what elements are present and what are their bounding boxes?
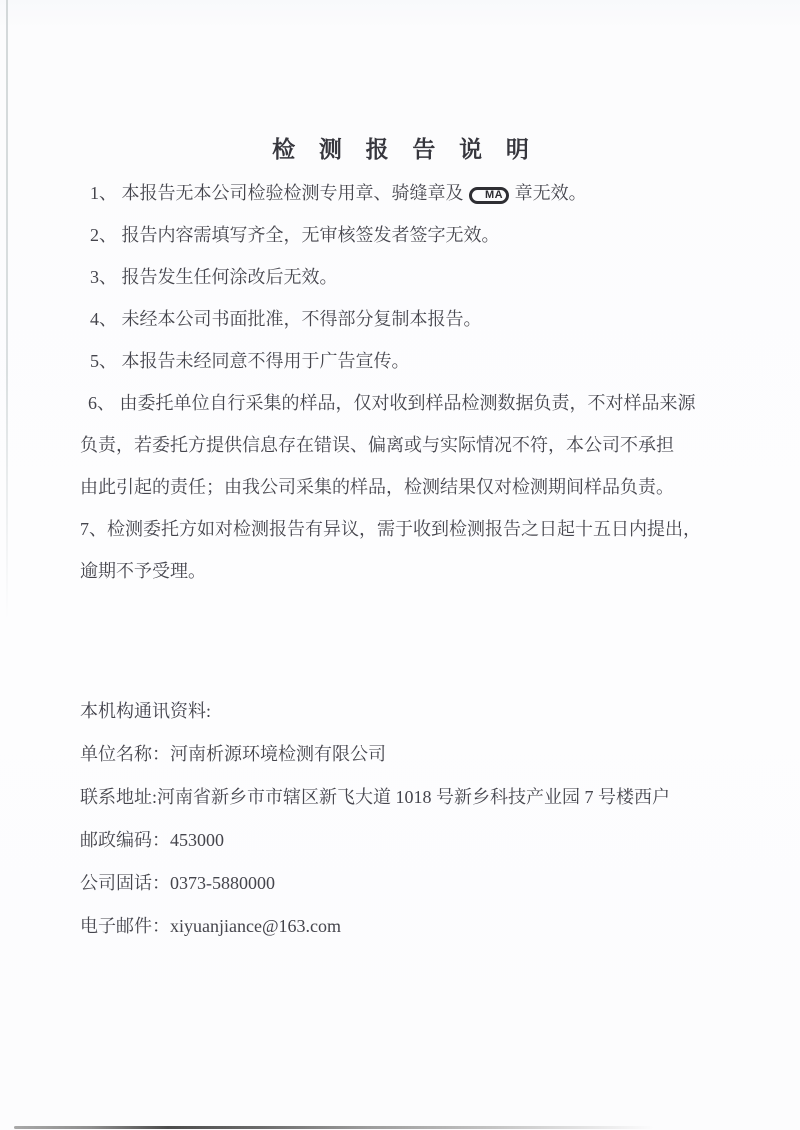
note-item-1: 1、 本报告无本公司检验检测专用章、骑缝章及 MA 章无效。 [80, 172, 728, 214]
note-item-5: 5、 本报告未经同意不得用于广告宣传。 [80, 340, 728, 382]
contact-heading: 本机构通讯资料: [80, 690, 760, 733]
contact-row-address: 联系地址:河南省新乡市市辖区新飞大道 1018 号新乡科技产业园 7 号楼西户 [80, 776, 760, 819]
note-1-number: 1、 [90, 183, 122, 203]
contact-value: 0373-5880000 [170, 873, 275, 893]
note-item-6: 6、 由委托单位自行采集的样品，仅对收到样品检测数据负责，不对样品来源 负责，若… [80, 382, 728, 508]
contact-row-postcode: 邮政编码：453000 [80, 819, 760, 862]
contact-label: 电子邮件： [80, 916, 170, 936]
note-item-4: 4、 未经本公司书面批准，不得部分复制本报告。 [80, 298, 728, 340]
contact-label: 邮政编码： [80, 830, 170, 850]
contact-label: 联系地址: [80, 787, 157, 807]
cma-mark-label: MA [485, 189, 503, 201]
note-item-2: 2、 报告内容需填写齐全，无审核签发者签字无效。 [80, 214, 728, 256]
contact-value: xiyuanjiance@163.com [170, 916, 341, 936]
notes-section: 1、 本报告无本公司检验检测专用章、骑缝章及 MA 章无效。 2、 报告内容需填… [80, 172, 728, 592]
contact-row-email: 电子邮件：xiyuanjiance@163.com [80, 905, 760, 948]
contact-row-company: 单位名称：河南析源环境检测有限公司 [80, 733, 760, 776]
note-1-text-post: 章无效。 [510, 183, 587, 203]
bottom-scan-edge-artifact [14, 1126, 654, 1129]
scanned-report-page: 检 测 报 告 说 明 1、 本报告无本公司检验检测专用章、骑缝章及 MA 章无… [0, 0, 800, 1130]
contact-value: 453000 [170, 830, 224, 850]
contact-value: 河南析源环境检测有限公司 [170, 744, 386, 764]
cma-mark-icon: MA [469, 187, 509, 204]
document-body: 检 测 报 告 说 明 1、 本报告无本公司检验检测专用章、骑缝章及 MA 章无… [0, 0, 800, 948]
note-1-text-pre: 本报告无本公司检验检测专用章、骑缝章及 [122, 183, 469, 203]
contact-label: 单位名称： [80, 744, 170, 764]
contact-row-phone: 公司固话：0373-5880000 [80, 862, 760, 905]
contact-label: 公司固话： [80, 873, 170, 893]
note-item-3: 3、 报告发生任何涂改后无效。 [80, 256, 728, 298]
contact-value: 河南省新乡市市辖区新飞大道 1018 号新乡科技产业园 7 号楼西户 [157, 787, 670, 807]
contact-section: 本机构通讯资料: 单位名称：河南析源环境检测有限公司 联系地址:河南省新乡市市辖… [80, 690, 760, 948]
page-title: 检 测 报 告 说 明 [50, 134, 760, 166]
note-item-7: 7、检测委托方如对检测报告有异议，需于收到检测报告之日起十五日内提出， 逾期不予… [80, 508, 728, 592]
